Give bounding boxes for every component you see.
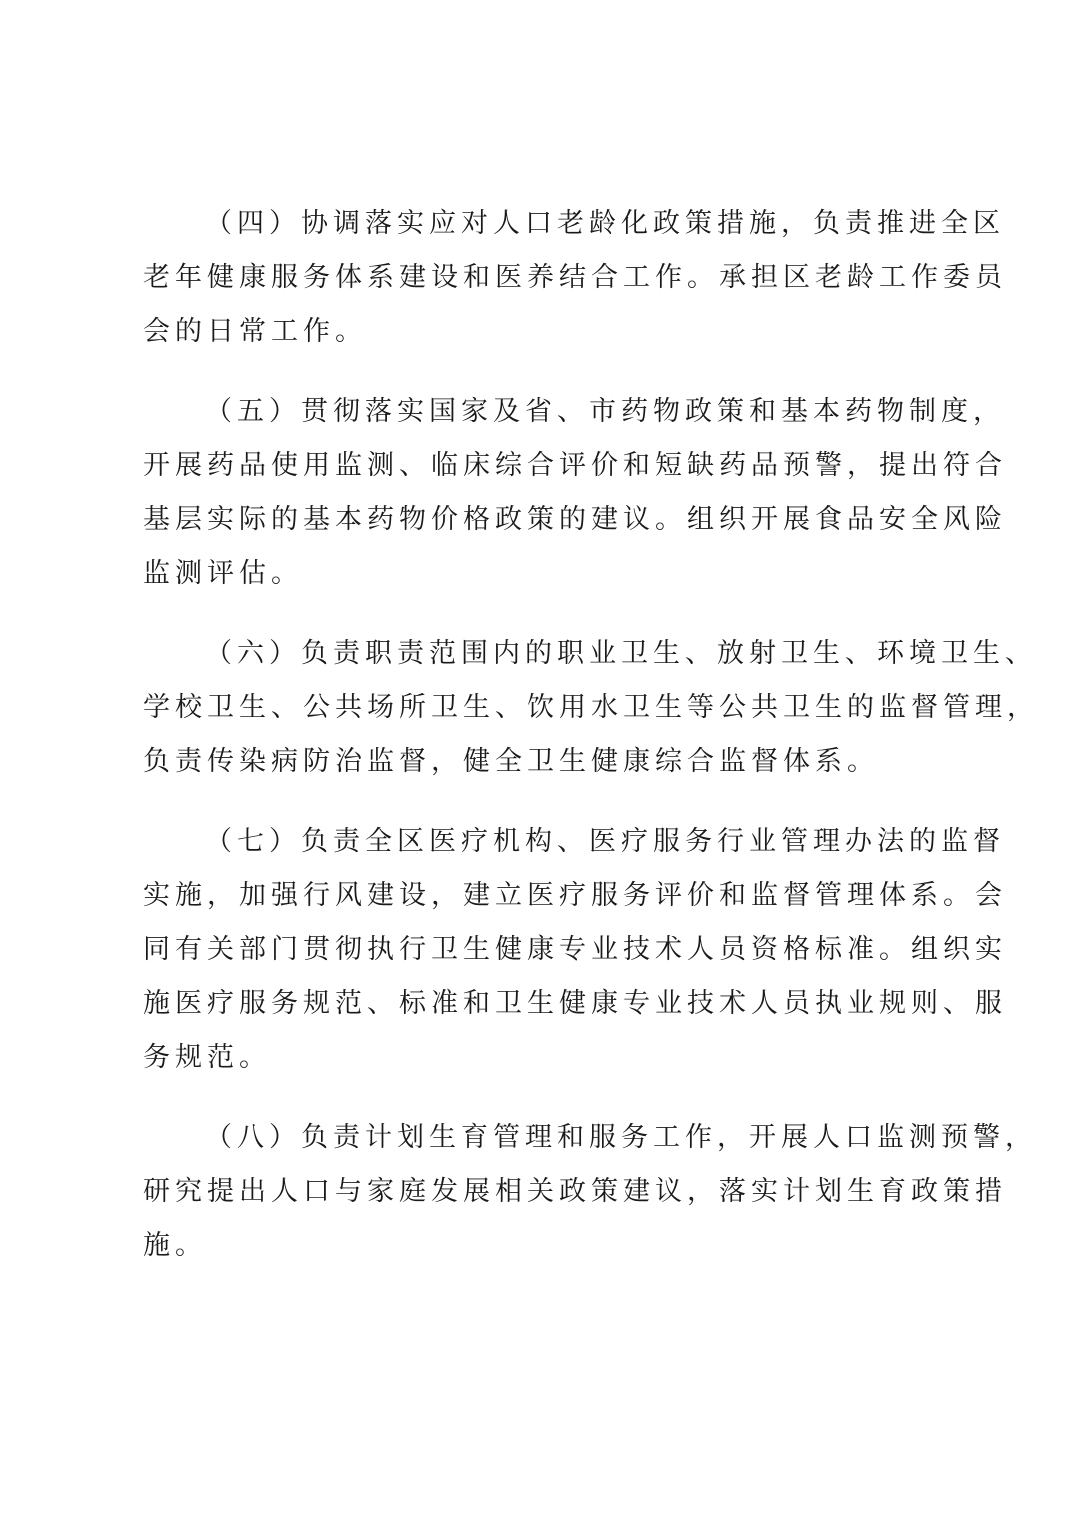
paragraph-line: 施医疗服务规范、标准和卫生健康专业技术人员执业规则、服 — [143, 984, 943, 1024]
paragraph-line: 实施，加强行风建设，建立医疗服务评价和监督管理体系。会 — [143, 876, 943, 916]
paragraph-line: 负责传染病防治监督，健全卫生健康综合监督体系。 — [143, 742, 943, 782]
paragraph-line: （六）负责职责范围内的职业卫生、放射卫生、环境卫生、 — [205, 634, 1005, 674]
paragraph-line: 学校卫生、公共场所卫生、饮用水卫生等公共卫生的监督管理， — [143, 688, 943, 728]
document-page: （四）协调落实应对人口老龄化政策措施，负责推进全区 老年健康服务体系建设和医养结… — [0, 0, 1074, 1520]
paragraph-line: 会的日常工作。 — [143, 312, 943, 352]
paragraph-line: 基层实际的基本药物价格政策的建议。组织开展食品安全风险 — [143, 500, 943, 540]
paragraph-line: （八）负责计划生育管理和服务工作，开展人口监测预警， — [205, 1118, 1005, 1158]
paragraph-line: （四）协调落实应对人口老龄化政策措施，负责推进全区 — [205, 204, 1005, 244]
paragraph-line: 监测评估。 — [143, 554, 943, 594]
paragraph-line: 老年健康服务体系建设和医养结合工作。承担区老龄工作委员 — [143, 258, 943, 298]
paragraph-line: （七）负责全区医疗机构、医疗服务行业管理办法的监督 — [205, 822, 1005, 862]
paragraph-line: 务规范。 — [143, 1038, 943, 1078]
paragraph-line: 施。 — [143, 1226, 943, 1266]
paragraph-line: 同有关部门贯彻执行卫生健康专业技术人员资格标准。组织实 — [143, 930, 943, 970]
paragraph-line: （五）贯彻落实国家及省、市药物政策和基本药物制度， — [205, 392, 1005, 432]
paragraph-line: 开展药品使用监测、临床综合评价和短缺药品预警，提出符合 — [143, 446, 943, 486]
paragraph-line: 研究提出人口与家庭发展相关政策建议，落实计划生育政策措 — [143, 1172, 943, 1212]
